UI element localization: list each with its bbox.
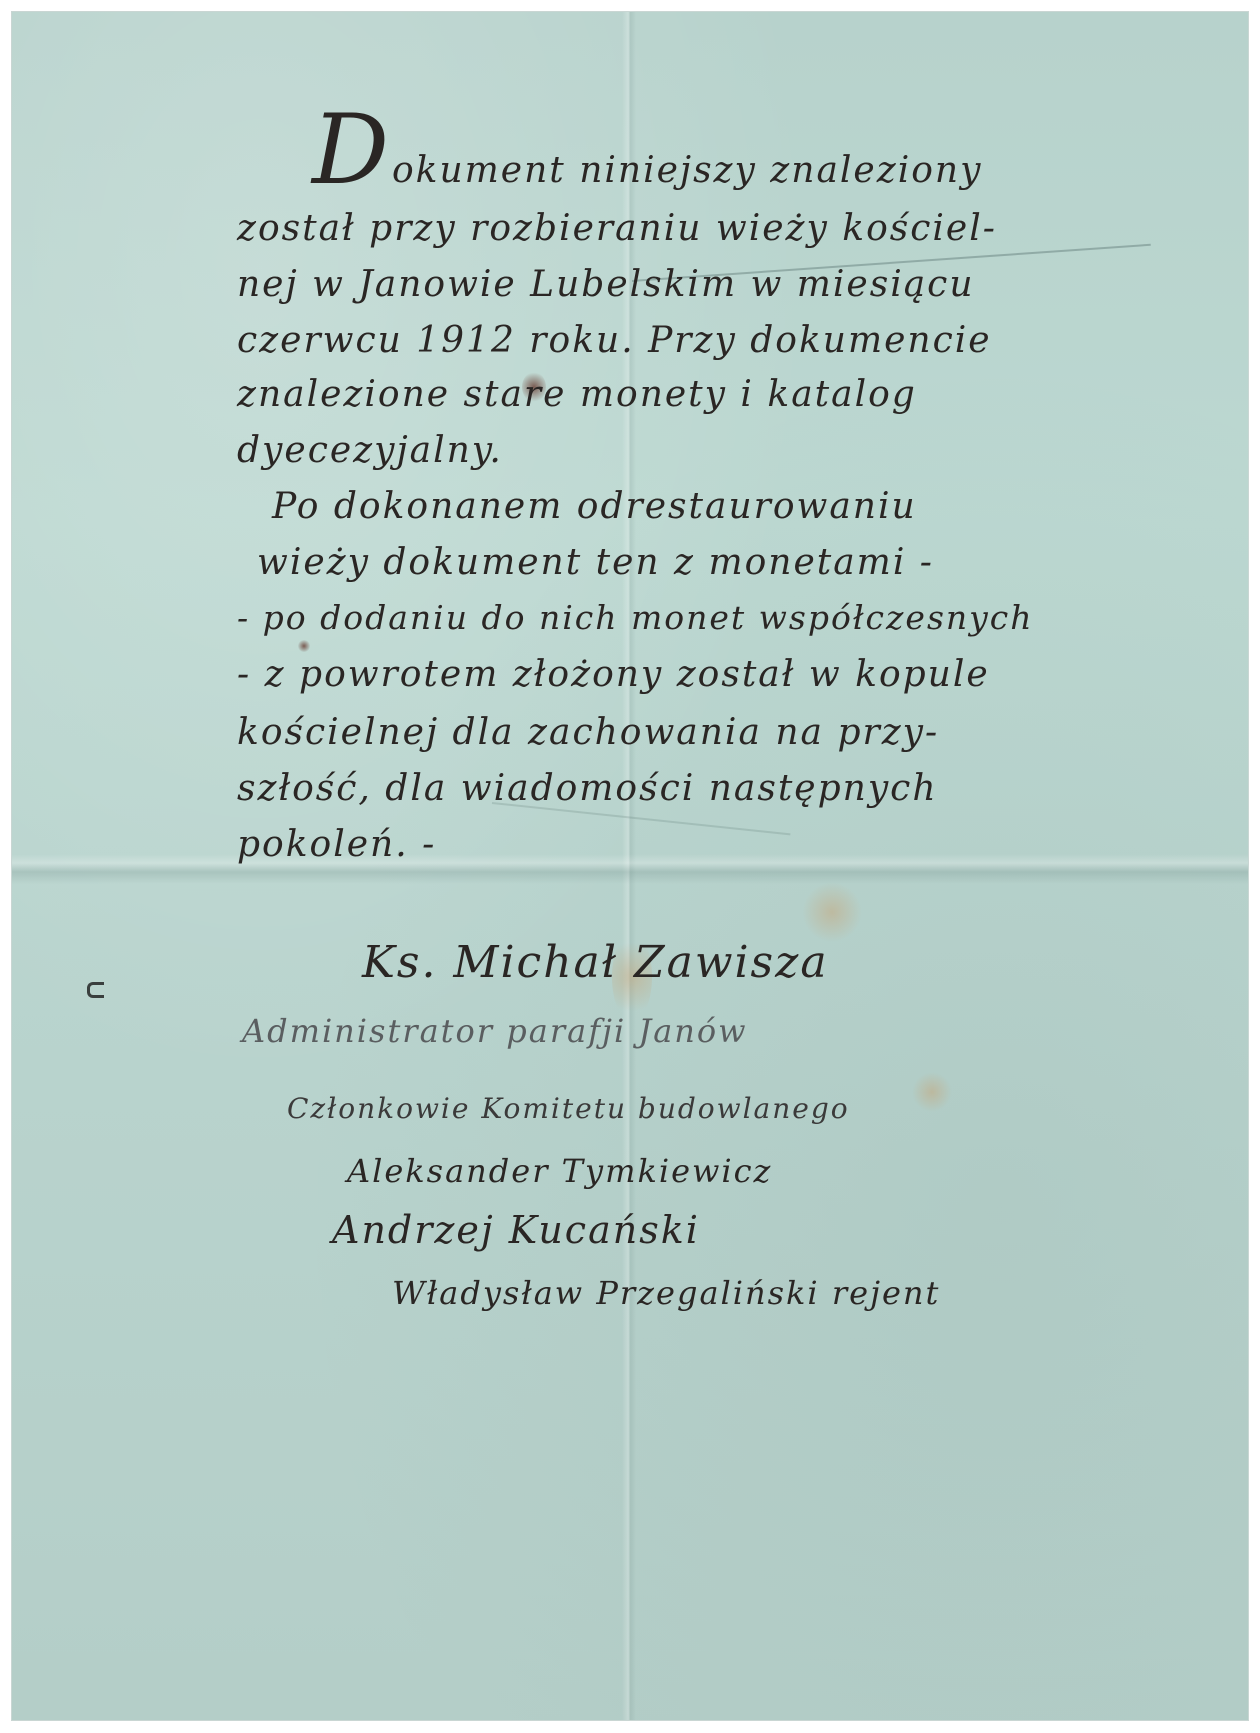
document-paper: D okument niniejszy znaleziony został pr… (12, 12, 1248, 1720)
signature-priest: Ks. Michał Zawisza (362, 937, 829, 988)
body-line-12: szłość, dla wiadomości następnych (237, 768, 938, 809)
body-line-8: wieży dokument ten z monetami - (257, 542, 934, 583)
signature-member-1: Aleksander Tymkiewicz (347, 1152, 772, 1190)
signature-member-3: Władysław Przegaliński rejent (392, 1274, 940, 1312)
body-line-1: okument niniejszy znaleziony (392, 150, 982, 191)
body-line-11: kościelnej dla zachowania na przy- (237, 712, 939, 753)
drop-cap: D (312, 102, 391, 198)
body-line-3: nej w Janowie Lubelskim w miesiącu (237, 264, 975, 305)
committee-heading: Członkowie Komitetu budowlanego (287, 1092, 850, 1125)
ink-blot (298, 640, 310, 652)
body-line-2: został przy rozbieraniu wieży kościel- (237, 208, 997, 249)
body-line-4: czerwcu 1912 roku. Przy dokumencie (237, 320, 992, 361)
rust-stain (802, 882, 862, 942)
body-line-9: - po dodaniu do nich monet współczesnych (237, 598, 1034, 637)
body-line-6: dyecezyjalny. (237, 430, 503, 471)
margin-mark (87, 982, 104, 998)
priest-title: Administrator parafji Janów (242, 1012, 748, 1050)
body-line-5: znalezione stare monety i katalog (237, 374, 917, 415)
horizontal-fold (12, 854, 1248, 884)
rust-stain (912, 1072, 952, 1112)
body-line-13: pokoleń. - (237, 824, 436, 865)
body-line-7: Po dokonanem odrestaurowaniu (272, 486, 917, 527)
signature-member-2: Andrzej Kucański (332, 1208, 700, 1252)
body-line-10: - z powrotem złożony został w kopule (237, 654, 990, 695)
